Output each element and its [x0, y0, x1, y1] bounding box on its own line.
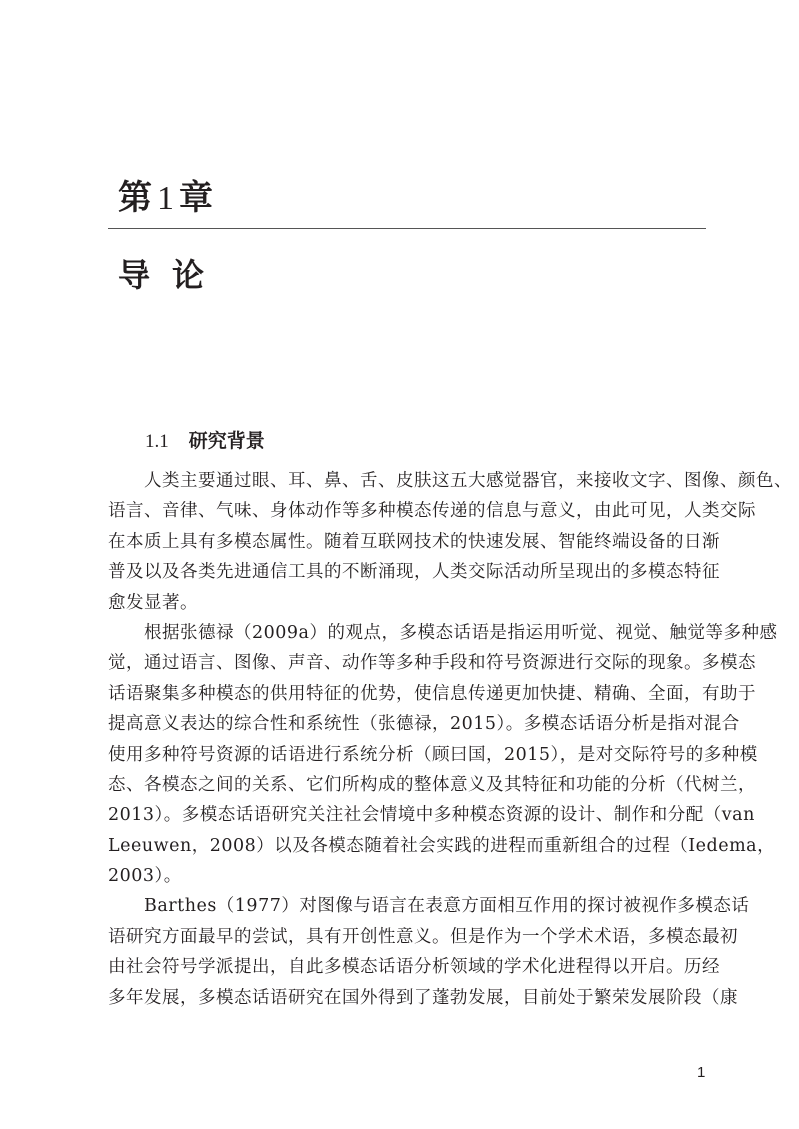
text-line: 提高意义表达的综合性和系统性（张德禄，2015）。多模态话语分析是指对混合 [108, 709, 708, 739]
text-line: 人类主要通过眼、耳、鼻、舌、皮肤这五大感觉器官，来接收文字、图像、颜色、 [108, 466, 708, 496]
paragraph-1: 人类主要通过眼、耳、鼻、舌、皮肤这五大感觉器官，来接收文字、图像、颜色、 语言、… [108, 466, 708, 618]
text-line: 根据张德禄（2009a）的观点，多模态话语是指运用听觉、视觉、触觉等多种感 [108, 618, 708, 648]
body-text: 人类主要通过眼、耳、鼻、舌、皮肤这五大感觉器官，来接收文字、图像、颜色、 语言、… [108, 466, 708, 1013]
chapter-label: 第1章 [118, 170, 214, 219]
section-number: 1.1 [145, 431, 169, 452]
chapter-suffix: 章 [179, 178, 214, 218]
text-line: 普及以及各类先进通信工具的不断涌现，人类交际活动所呈现出的多模态特征 [108, 557, 708, 587]
text-line: Barthes（1977）对图像与语言在表意方面相互作用的探讨被视作多模态话 [108, 891, 708, 921]
text-line: 多年发展，多模态话语研究在国外得到了蓬勃发展，目前处于繁荣发展阶段（康 [108, 983, 708, 1013]
section-heading: 1.1研究背景 [145, 426, 265, 453]
text-line: 愈发显著。 [108, 588, 708, 618]
text-line: Leeuwen，2008）以及各模态随着社会实践的进程而重新组合的过程（Iede… [108, 831, 708, 861]
chapter-prefix: 第 [118, 178, 153, 218]
text-line: 语言、音律、气味、身体动作等多种模态传递的信息与意义，由此可见，人类交际 [108, 496, 708, 526]
chapter-number: 1 [157, 180, 175, 217]
text-line: 2003）。 [108, 861, 708, 891]
chapter-title: 导论 [118, 250, 226, 296]
text-line: 态、各模态之间的关系、它们所构成的整体意义及其特征和功能的分析（代树兰， [108, 770, 708, 800]
text-line: 话语聚集多种模态的供用特征的优势，使信息传递更加快捷、精确、全面，有助于 [108, 679, 708, 709]
paragraph-3: Barthes（1977）对图像与语言在表意方面相互作用的探讨被视作多模态话 语… [108, 891, 708, 1013]
section-title: 研究背景 [189, 430, 265, 452]
paragraph-2: 根据张德禄（2009a）的观点，多模态话语是指运用听觉、视觉、触觉等多种感 觉，… [108, 618, 708, 892]
text-line: 语研究方面最早的尝试，具有开创性意义。但是作为一个学术术语，多模态最初 [108, 922, 708, 952]
text-line: 觉，通过语言、图像、声音、动作等多种手段和符号资源进行交际的现象。多模态 [108, 648, 708, 678]
page-number: 1 [697, 1064, 705, 1081]
text-line: 2013）。多模态话语研究关注社会情境中多种模态资源的设计、制作和分配（van [108, 800, 708, 830]
text-line: 在本质上具有多模态属性。随着互联网技术的快速发展、智能终端设备的日渐 [108, 527, 708, 557]
text-line: 使用多种符号资源的话语进行系统分析（顾曰国，2015），是对交际符号的多种模 [108, 740, 708, 770]
text-line: 由社会符号学派提出，自此多模态话语分析领域的学术化进程得以开启。历经 [108, 952, 708, 982]
chapter-divider [108, 228, 706, 229]
